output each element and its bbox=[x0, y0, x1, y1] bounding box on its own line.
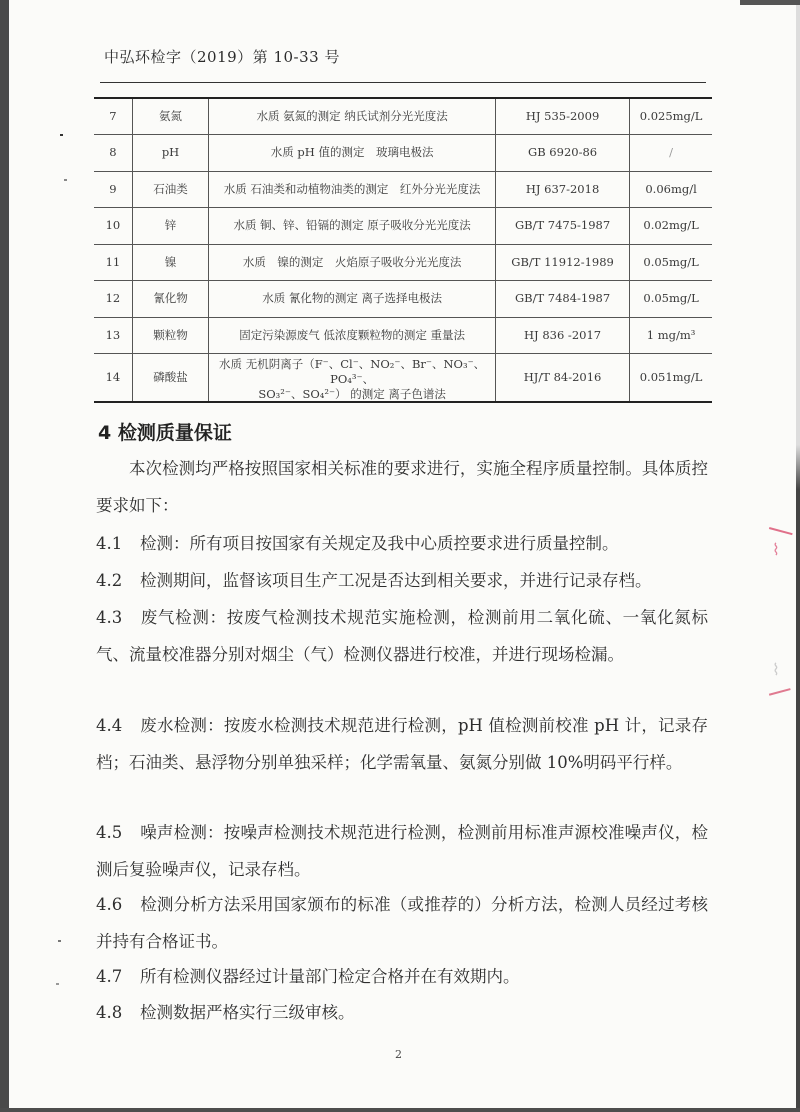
scan-edge-top bbox=[740, 0, 800, 5]
qc-item: 4.2检测期间，监督该项目生产工况是否达到相关要求，并进行记录存档。 bbox=[96, 562, 708, 599]
standard-code: HJ 836 -2017 bbox=[496, 317, 630, 354]
table-row: 14 磷酸盐 水质 无机阴离子（F⁻、Cl⁻、NO₂⁻、Br⁻、NO₃⁻、PO₄… bbox=[94, 354, 712, 403]
stamp-glyph: ⌇ bbox=[772, 540, 780, 559]
qc-item: 4.5噪声检测：按噪声检测技术规范进行检测，检测前用标准声源校准噪声仪，检测后复… bbox=[96, 814, 708, 888]
method-name: 水质 铜、锌、铅镉的测定 原子吸收分光光度法 bbox=[209, 208, 496, 245]
qc-item-text: 废水检测：按废水检测技术规范进行检测，pH 值检测前校准 pH 计，记录存档；石… bbox=[96, 716, 708, 772]
section-intro: 本次检测均严格按照国家相关标准的要求进行，实施全程序质量控制。具体质控要求如下： bbox=[96, 450, 708, 524]
row-number: 11 bbox=[94, 244, 132, 281]
detection-limit: 0.051mg/L bbox=[630, 354, 712, 403]
item-name: 氰化物 bbox=[132, 281, 208, 318]
standard-code: HJ 637-2018 bbox=[496, 171, 630, 208]
table-row: 7 氨氮 水质 氨氮的测定 纳氏试剂分光光度法 HJ 535-2009 0.02… bbox=[94, 98, 712, 135]
row-number: 12 bbox=[94, 281, 132, 318]
method-name-line1: 水质 无机阴离子（F⁻、Cl⁻、NO₂⁻、Br⁻、NO₃⁻、PO₄³⁻、 bbox=[209, 357, 495, 387]
methods-table: 7 氨氮 水质 氨氮的测定 纳氏试剂分光光度法 HJ 535-2009 0.02… bbox=[94, 97, 712, 403]
qc-item-number: 4.5 bbox=[96, 814, 140, 851]
qc-item-number: 4.1 bbox=[96, 525, 140, 562]
table-row: 12 氰化物 水质 氰化物的测定 离子选择电极法 GB/T 7484-1987 … bbox=[94, 281, 712, 318]
standard-code: GB/T 7484-1987 bbox=[496, 281, 630, 318]
qc-item-text: 检测期间，监督该项目生产工况是否达到相关要求，并进行记录存档。 bbox=[140, 571, 652, 590]
item-name: 锌 bbox=[132, 208, 208, 245]
detection-limit: 0.02mg/L bbox=[630, 208, 712, 245]
scan-speck bbox=[58, 940, 61, 942]
row-number: 10 bbox=[94, 208, 132, 245]
table-row: 9 石油类 水质 石油类和动植物油类的测定 红外分光光度法 HJ 637-201… bbox=[94, 171, 712, 208]
qc-item: 4.4废水检测：按废水检测技术规范进行检测，pH 值检测前校准 pH 计，记录存… bbox=[96, 707, 708, 781]
qc-item-text: 检测：所有项目按国家有关规定及我中心质控要求进行质量控制。 bbox=[140, 534, 619, 553]
detection-limit: 0.05mg/L bbox=[630, 281, 712, 318]
qc-item-number: 4.8 bbox=[96, 994, 140, 1031]
standard-code: HJ 535-2009 bbox=[496, 98, 630, 135]
scan-edge-bottom bbox=[0, 1108, 800, 1112]
scan-speck bbox=[56, 983, 59, 985]
qc-item-text: 噪声检测：按噪声检测技术规范进行检测，检测前用标准声源校准噪声仪，检测后复验噪声… bbox=[96, 823, 708, 879]
standard-code: GB/T 7475-1987 bbox=[496, 208, 630, 245]
section-title: 4 检测质量保证 bbox=[98, 418, 232, 445]
standard-code: GB/T 11912-1989 bbox=[496, 244, 630, 281]
method-name: 水质 无机阴离子（F⁻、Cl⁻、NO₂⁻、Br⁻、NO₃⁻、PO₄³⁻、 SO₃… bbox=[209, 354, 496, 403]
table-row: 10 锌 水质 铜、锌、铅镉的测定 原子吸收分光光度法 GB/T 7475-19… bbox=[94, 208, 712, 245]
qc-item-text: 废气检测：按废气检测技术规范实施检测，检测前用二氧化硫、一氧化氮标气、流量校准器… bbox=[96, 608, 708, 664]
qc-item: 4.7所有检测仪器经过计量部门检定合格并在有效期内。 bbox=[96, 958, 708, 995]
item-name: 氨氮 bbox=[132, 98, 208, 135]
scan-edge-left bbox=[0, 0, 9, 1112]
item-name: 颗粒物 bbox=[132, 317, 208, 354]
row-number: 14 bbox=[94, 354, 132, 403]
method-name: 水质 pH 值的测定 玻璃电极法 bbox=[209, 135, 496, 172]
qc-item-text: 检测数据严格实行三级审核。 bbox=[140, 1003, 355, 1022]
detection-limit: 0.05mg/L bbox=[630, 244, 712, 281]
document-number-header: 中弘环检字（2019）第 10-33 号 bbox=[104, 46, 340, 67]
page-number: 2 bbox=[395, 1048, 402, 1061]
row-number: 9 bbox=[94, 171, 132, 208]
qc-item-number: 4.4 bbox=[96, 707, 140, 744]
method-name: 固定污染源废气 低浓度颗粒物的测定 重量法 bbox=[209, 317, 496, 354]
detection-limit: 1 mg/m³ bbox=[630, 317, 712, 354]
standard-code: GB 6920-86 bbox=[496, 135, 630, 172]
row-number: 7 bbox=[94, 98, 132, 135]
method-name: 水质 氨氮的测定 纳氏试剂分光光度法 bbox=[209, 98, 496, 135]
qc-item: 4.1检测：所有项目按国家有关规定及我中心质控要求进行质量控制。 bbox=[96, 525, 708, 562]
table-row: 11 镍 水质 镍的测定 火焰原子吸收分光光度法 GB/T 11912-1989… bbox=[94, 244, 712, 281]
qc-item: 4.3废气检测：按废气检测技术规范实施检测，检测前用二氧化硫、一氧化氮标气、流量… bbox=[96, 599, 708, 673]
qc-item: 4.6检测分析方法采用国家颁布的标准（或推荐的）分析方法，检测人员经过考核并持有… bbox=[96, 886, 708, 960]
row-number: 8 bbox=[94, 135, 132, 172]
method-name: 水质 石油类和动植物油类的测定 红外分光光度法 bbox=[209, 171, 496, 208]
detection-limit: 0.06mg/l bbox=[630, 171, 712, 208]
qc-item-number: 4.2 bbox=[96, 562, 140, 599]
detection-limit: / bbox=[630, 135, 712, 172]
standard-code: HJ/T 84-2016 bbox=[496, 354, 630, 403]
qc-item-number: 4.3 bbox=[96, 599, 140, 636]
qc-item-text: 所有检测仪器经过计量部门检定合格并在有效期内。 bbox=[140, 967, 520, 986]
item-name: 镍 bbox=[132, 244, 208, 281]
red-seal-stamp-fragment: ⌇ ⌇ bbox=[768, 520, 798, 690]
stamp-glyph: ⌇ bbox=[772, 660, 780, 679]
row-number: 13 bbox=[94, 317, 132, 354]
method-name: 水质 镍的测定 火焰原子吸收分光光度法 bbox=[209, 244, 496, 281]
qc-item: 4.8检测数据严格实行三级审核。 bbox=[96, 994, 708, 1031]
item-name: 磷酸盐 bbox=[132, 354, 208, 403]
qc-item-number: 4.6 bbox=[96, 886, 140, 923]
stamp-arc bbox=[767, 527, 792, 541]
stamp-arc bbox=[767, 682, 790, 695]
item-name: 石油类 bbox=[132, 171, 208, 208]
table-row: 8 pH 水质 pH 值的测定 玻璃电极法 GB 6920-86 / bbox=[94, 135, 712, 172]
header-divider bbox=[100, 82, 706, 83]
qc-item-text: 检测分析方法采用国家颁布的标准（或推荐的）分析方法，检测人员经过考核并持有合格证… bbox=[96, 895, 708, 951]
method-name-line2: SO₃²⁻、SO₄²⁻） 的测定 离子色谱法 bbox=[209, 387, 495, 401]
method-name: 水质 氰化物的测定 离子选择电极法 bbox=[209, 281, 496, 318]
table-row: 13 颗粒物 固定污染源废气 低浓度颗粒物的测定 重量法 HJ 836 -201… bbox=[94, 317, 712, 354]
scan-speck bbox=[64, 179, 67, 181]
scan-speck bbox=[60, 134, 63, 136]
item-name: pH bbox=[132, 135, 208, 172]
qc-item-number: 4.7 bbox=[96, 958, 140, 995]
detection-limit: 0.025mg/L bbox=[630, 98, 712, 135]
